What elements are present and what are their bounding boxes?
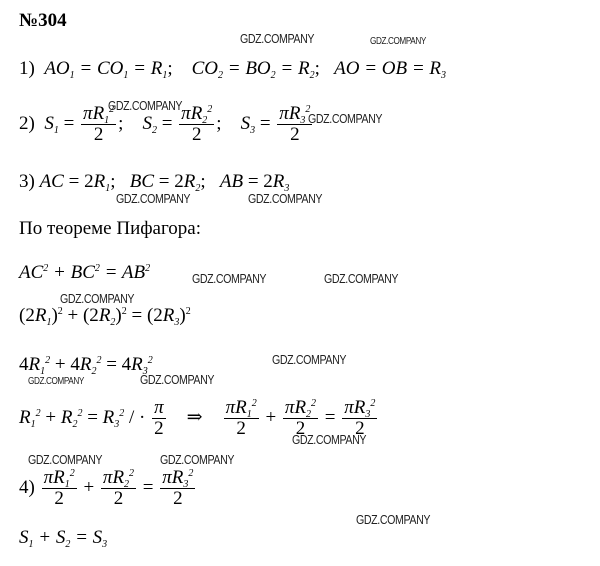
- step-1-math: AO1 = CO1 = R1: [40, 58, 168, 79]
- implies-symbol: ⇒: [187, 407, 203, 428]
- problem-number: №304: [19, 10, 67, 32]
- watermark: GDZ.COMPANY: [240, 31, 314, 46]
- watermark: GDZ.COMPANY: [248, 191, 322, 206]
- watermark: GDZ.COMPANY: [140, 372, 214, 387]
- watermark: GDZ.COMPANY: [28, 452, 102, 467]
- watermark: GDZ.COMPANY: [370, 36, 426, 47]
- watermark: GDZ.COMPANY: [108, 98, 182, 113]
- watermark: GDZ.COMPANY: [160, 452, 234, 467]
- step-4: 4) πR122 + πR222 = πR322: [19, 468, 197, 509]
- step-3-label: 3): [19, 171, 35, 192]
- equation-2: (2R1)2 + (2R2)2 = (2R3)2: [19, 305, 191, 327]
- watermark: GDZ.COMPANY: [28, 376, 84, 387]
- step-2-label: 2): [19, 113, 35, 134]
- watermark: GDZ.COMPANY: [272, 352, 346, 367]
- watermark: GDZ.COMPANY: [324, 271, 398, 286]
- watermark: GDZ.COMPANY: [192, 271, 266, 286]
- watermark: GDZ.COMPANY: [356, 512, 430, 527]
- equation-3: 4R12 + 4R22 = 4R32: [19, 354, 153, 376]
- watermark: GDZ.COMPANY: [116, 191, 190, 206]
- step-3: 3) AC = 2R1; BC = 2R2; AB = 2R3: [19, 171, 289, 193]
- equation-1: AC2 + BC2 = AB2: [19, 262, 150, 284]
- watermark: GDZ.COMPANY: [292, 432, 366, 447]
- step-4-label: 4): [19, 477, 35, 498]
- step-1-label: 1): [19, 58, 35, 79]
- step-1: 1) AO1 = CO1 = R1; CO2 = BO2 = R2; AO = …: [19, 58, 446, 80]
- watermark: GDZ.COMPANY: [308, 111, 382, 126]
- watermark: GDZ.COMPANY: [60, 291, 134, 306]
- equation-5: S1 + S2 = S3: [19, 527, 107, 549]
- intro-text: По теореме Пифагора:: [19, 218, 201, 240]
